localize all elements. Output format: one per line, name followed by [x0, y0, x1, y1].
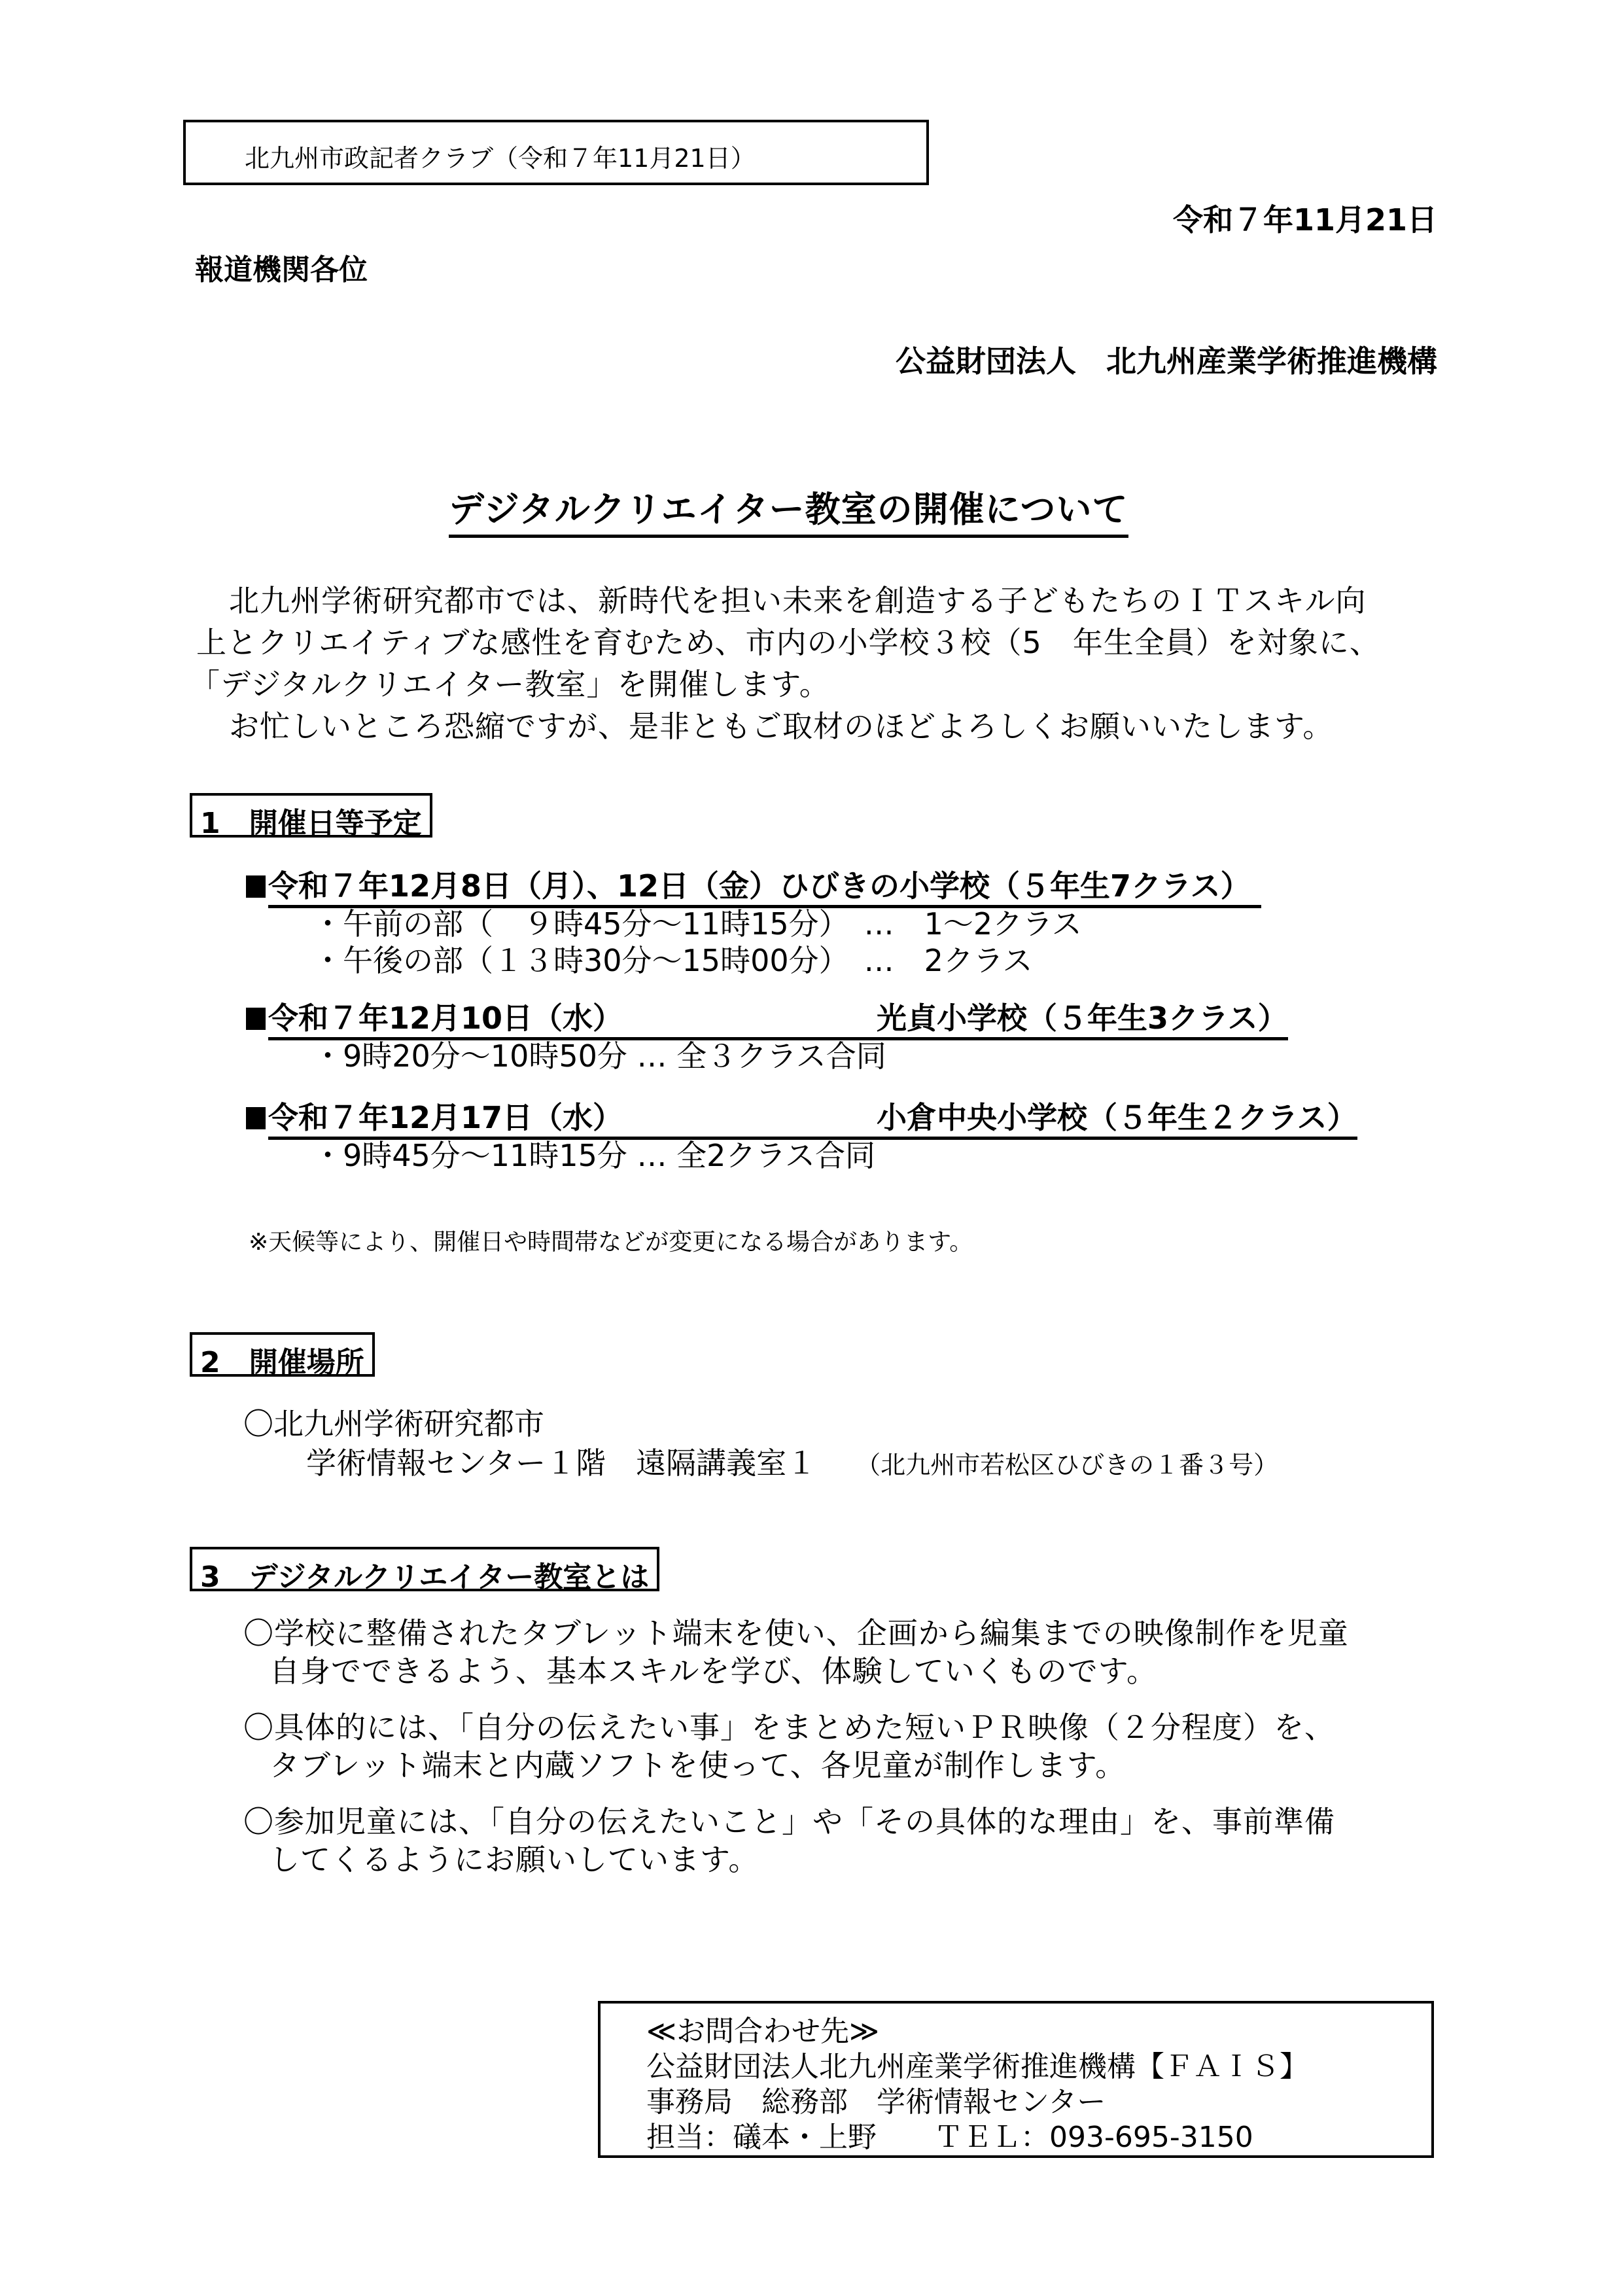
square-bullet-icon — [246, 875, 266, 898]
intro-line-4: お忙しいところ恐縮ですが、是非ともご取材のほどよろしくお願いいたします。 — [229, 703, 1333, 746]
schedule-2-item-1: ・9時20分～10時50分 … 全３クラス合同 — [313, 1033, 886, 1076]
intro-line-3: 「デジタルクリエイター教室」を開催します。 — [190, 661, 830, 704]
venue-line-2: 学術情報センター１階 遠隔講義室１（北九州市若松区ひびきの１番３号） — [306, 1439, 1278, 1483]
contact-box: ≪お問合わせ先≫ 公益財団法人北九州産業学術推進機構【ＦＡＩＳ】 事務局 総務部… — [598, 2001, 1434, 2158]
schedule-1-date: 令和７年12月8日（月）、12日（金） — [268, 868, 779, 904]
description-2-line-2: タブレット端末と内蔵ソフトを使って、各児童が制作します。 — [270, 1742, 1126, 1785]
section-2-heading: 2 開催場所 — [190, 1332, 375, 1377]
document-date: 令和７年11月21日 — [1173, 196, 1437, 239]
schedule-2-school: 光貞小学校（５年生3クラス） — [877, 1000, 1288, 1036]
square-bullet-icon — [246, 1107, 266, 1129]
description-3-line-2: してくるようにお願いしています。 — [270, 1836, 759, 1879]
description-2-line-1: 〇具体的には、「自分の伝えたい事」をまとめた短いＰＲ映像（２分程度）を、 — [243, 1704, 1335, 1747]
recipients: 報道機関各位 — [195, 246, 368, 288]
schedule-3-item-1: ・9時45分～11時15分 … 全2クラス合同 — [313, 1132, 875, 1175]
contact-person-phone: 担当：礒本・上野 ＴＥＬ：093-695-3150 — [646, 2113, 1253, 2155]
press-club-box: 北九州市政記者クラブ（令和７年11月21日） — [183, 120, 929, 185]
section-3-heading: 3 デジタルクリエイター教室とは — [190, 1547, 659, 1591]
section-1-heading: 1 開催日等予定 — [190, 793, 432, 838]
schedule-1-heading: 令和７年12月8日（月）、12日（金）ひびきの小学校（５年生7クラス） — [246, 862, 1261, 906]
schedule-3-school: 小倉中央小学校（５年生２クラス） — [877, 1100, 1357, 1135]
intro-line-2: 上とクリエイティブな感性を育むため、市内の小学校３校（5 年生全員）を対象に、 — [196, 619, 1380, 662]
page-title: デジタルクリエイター教室の開催について — [449, 482, 1128, 538]
schedule-2-date: 令和７年12月10日（水） — [268, 995, 877, 1038]
intro-line-1: 北九州学術研究都市では、新時代を担い未来を創造する子どもたちのＩＴスキル向 — [229, 577, 1367, 620]
schedule-1-school: ひびきの小学校（５年生7クラス） — [779, 868, 1251, 904]
issuer: 公益財団法人 北九州産業学術推進機構 — [896, 338, 1437, 381]
schedule-1-item-2: ・午後の部（１３時30分～15時00分） … 2クラス — [313, 937, 1033, 980]
schedule-3-heading: 令和７年12月17日（水）小倉中央小学校（５年生２クラス） — [246, 1094, 1357, 1137]
description-1-line-2: 自身でできるよう、基本スキルを学び、体験していくものです。 — [270, 1648, 1157, 1691]
press-club-label: 北九州市政記者クラブ（令和７年11月21日） — [245, 138, 756, 174]
schedule-2-heading: 令和７年12月10日（水）光貞小学校（５年生3クラス） — [246, 995, 1288, 1038]
schedule-3-date: 令和７年12月17日（水） — [268, 1094, 877, 1137]
venue-room: 学術情報センター１階 遠隔講義室１ — [306, 1445, 816, 1481]
description-1-line-1: 〇学校に整備されたタブレット端末を使い、企画から編集までの映像制作を児童 — [243, 1610, 1349, 1653]
square-bullet-icon — [246, 1008, 266, 1030]
venue-address: （北九州市若松区ひびきの１番３号） — [856, 1451, 1278, 1479]
venue-line-1: 〇北九州学術研究都市 — [243, 1400, 544, 1443]
schedule-note: ※天候等により、開催日や時間帯などが変更になる場合があります。 — [249, 1224, 973, 1257]
description-3-line-1: 〇参加児童には、「自分の伝えたいこと」や「その具体的な理由」を、事前準備 — [243, 1798, 1335, 1841]
